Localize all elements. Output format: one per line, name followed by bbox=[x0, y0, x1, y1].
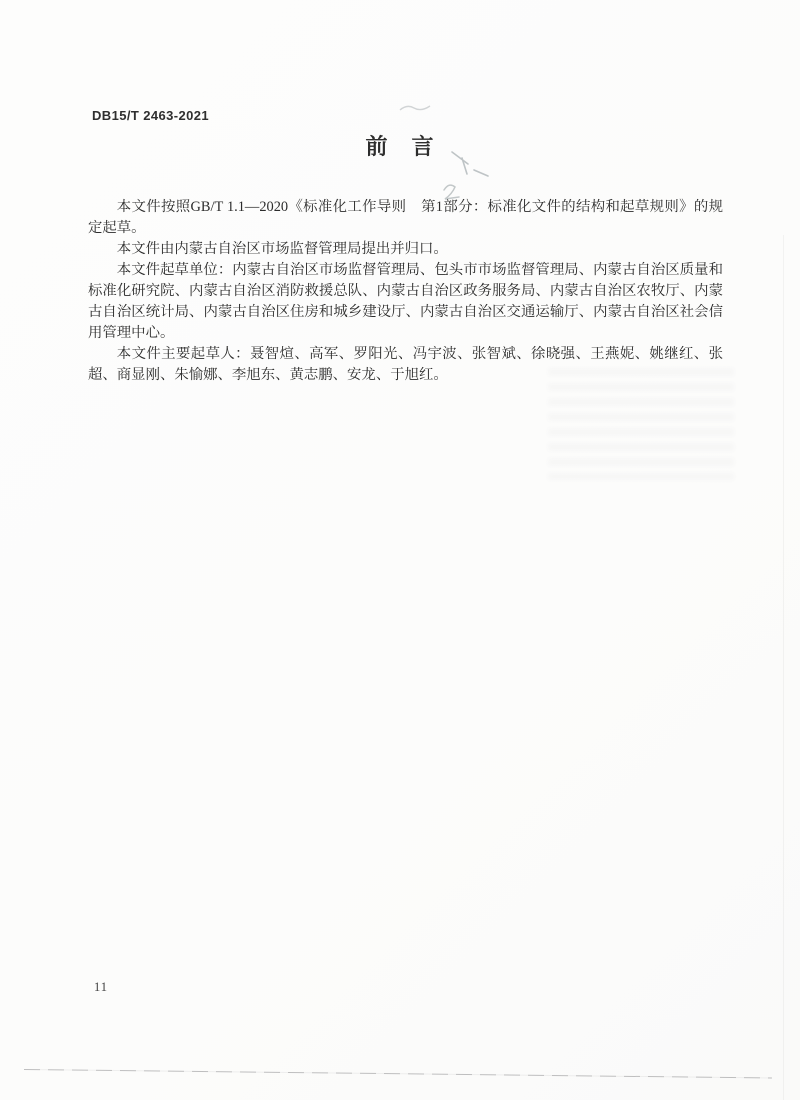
document-code: DB15/T 2463-2021 bbox=[92, 108, 209, 123]
paragraph-main-drafters: 本文件主要起草人：聂智煊、高军、罗阳光、冯宇波、张智斌、徐晓强、王燕妮、姚继红、… bbox=[88, 344, 723, 386]
paragraph-drafting-rules: 本文件按照GB/T 1.1—2020《标准化工作导则 第1部分：标准化文件的结构… bbox=[88, 197, 723, 239]
document-body: 本文件按照GB/T 1.1—2020《标准化工作导则 第1部分：标准化文件的结构… bbox=[88, 197, 723, 386]
paragraph-drafting-organizations: 本文件起草单位：内蒙古自治区市场监督管理局、包头市市场监督管理局、内蒙古自治区质… bbox=[88, 260, 723, 344]
scanned-document-page: DB15/T 2463-2021 前 言 本文件按照GB/T 1.1—2020《… bbox=[0, 0, 800, 1100]
scan-smudge-icon bbox=[398, 101, 434, 115]
foreword-title: 前 言 bbox=[0, 130, 800, 161]
scan-edge-shadow bbox=[783, 235, 784, 1100]
scan-edge-line bbox=[24, 1069, 772, 1078]
paragraph-proposing-authority: 本文件由内蒙古自治区市场监督管理局提出并归口。 bbox=[88, 239, 723, 260]
page-number: 11 bbox=[94, 980, 108, 995]
